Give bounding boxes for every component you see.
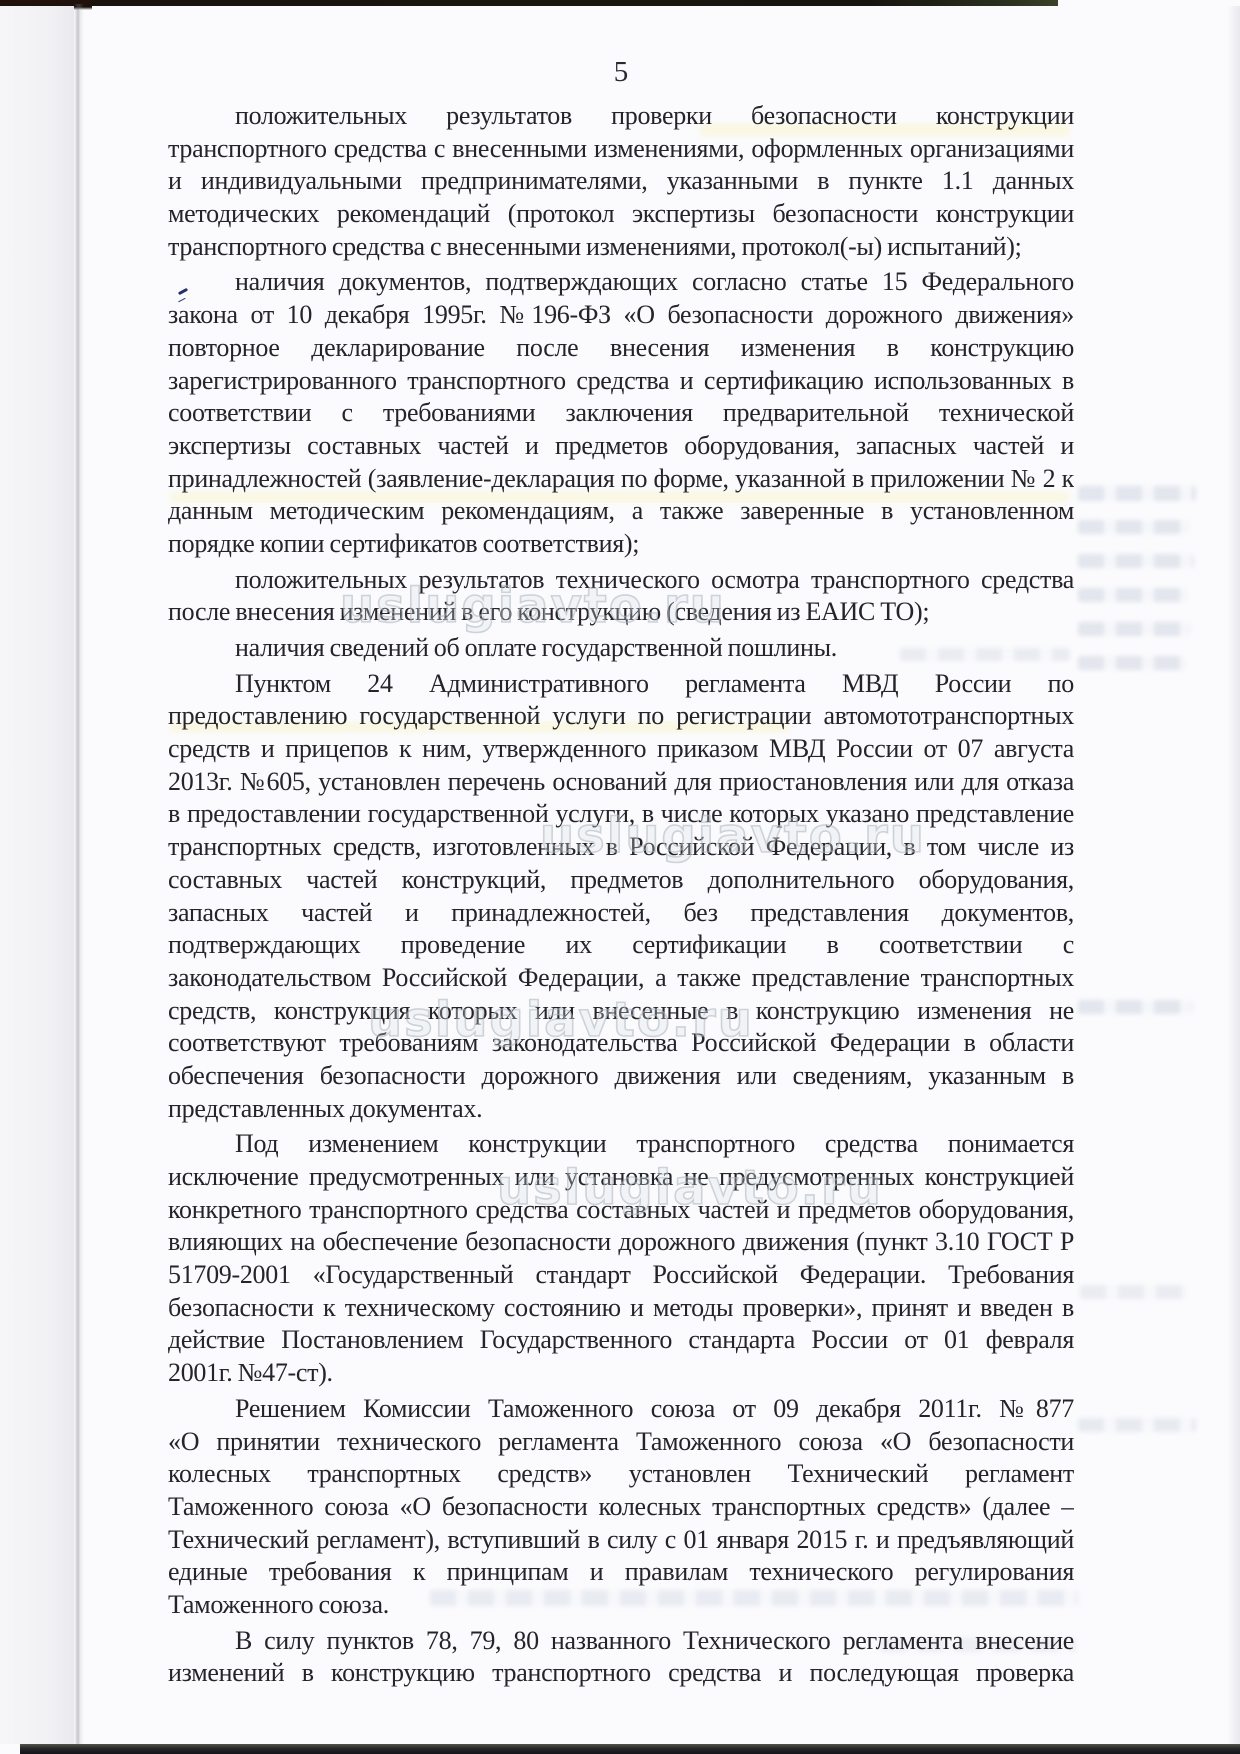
text-line: «О принятии технического регламента Тамо… [168,1426,1074,1459]
text-line: Решением Комиссии Таможенного союза от 0… [168,1393,1074,1426]
paragraph: Под изменением конструкции транспортного… [168,1128,1074,1390]
text-line: Под изменением конструкции транспортного… [168,1128,1074,1161]
text-line: предоставлению государственной услуги по… [168,700,1074,733]
bleed-through-text [1078,486,1196,501]
text-line: экспертизы составных частей и предметов … [168,430,1074,463]
paragraph: положительных результатов технического о… [168,564,1074,629]
text-line: влияющих на обеспечение безопасности дор… [168,1226,1074,1259]
scan-edge-right-shade [1227,6,1240,1744]
text-line: Технический регламент), вступивший в сил… [168,1524,1074,1557]
text-line: запасных частей и принадлежностей, без п… [168,897,1074,930]
bleed-through-text [1078,520,1190,534]
text-line: единые требования к принципам и правилам… [168,1556,1074,1589]
text-line: порядке копии сертификатов соответствия)… [168,528,1074,561]
paragraph: В силу пунктов 78, 79, 80 названного Тех… [168,1625,1074,1690]
bleed-through-text [1078,656,1186,670]
bleed-through-text [1078,1418,1196,1432]
text-line: Пунктом 24 Административного регламента … [168,668,1074,701]
text-line: исключение предусмотренных или установка… [168,1161,1074,1194]
text-line: транспортного средства с внесенными изме… [168,133,1074,166]
bleed-through-text [1078,554,1194,568]
text-line: 51709-2001 «Государственный стандарт Рос… [168,1259,1074,1292]
bleed-through-text [1078,622,1192,636]
text-line: транспортного средства с внесенными изме… [168,231,1074,264]
text-line: 2001г. №47-ст). [168,1357,1074,1390]
text-line: колесных транспортных средств» установле… [168,1458,1074,1491]
bleed-through-text [1078,588,1188,602]
page-left-margin-shade [0,6,74,1744]
paragraph: положительных результатов проверки безоп… [168,100,1074,263]
text-line: безопасности к техническому состоянию и … [168,1292,1074,1325]
paragraph: Пунктом 24 Административного регламента … [168,668,1074,1126]
text-line: принадлежностей (заявление-декларация по… [168,463,1074,496]
paragraph: наличия документов, подтверждающих согла… [168,266,1074,560]
text-line: зарегистрированного транспортного средст… [168,365,1074,398]
document-page: 5 положительных результатов проверки без… [0,0,1240,1754]
text-line: средств, конструкция которых или внесенн… [168,995,1074,1028]
text-line: данным методическим рекомендациям, а так… [168,495,1074,528]
text-line: подтверждающих проведение их сертификаци… [168,929,1074,962]
text-line: законодательством Российской Федерации, … [168,962,1074,995]
scan-edge-bottom [20,1744,1240,1754]
text-line: представленных документах. [168,1093,1074,1126]
page-number: 5 [168,56,1074,89]
text-line: Таможенного союза «О безопасности колесн… [168,1491,1074,1524]
text-line: в предоставлении государственной услуги,… [168,798,1074,831]
text-line: обеспечения безопасности дорожного движе… [168,1060,1074,1093]
text-line: положительных результатов технического о… [168,564,1074,597]
page-fold-shadow [74,4,84,1746]
text-line: наличия документов, подтверждающих согла… [168,266,1074,299]
text-line: действие Постановлением Государственного… [168,1324,1074,1357]
text-line: соответствии с требованиями заключения п… [168,397,1074,430]
text-line: конкретного транспортного средства соста… [168,1194,1074,1227]
text-line: после внесения изменений в его конструкц… [168,596,1074,629]
text-line: Таможенного союза. [168,1589,1074,1622]
paragraph: наличия сведений об оплате государственн… [168,632,1074,665]
bleed-through-text [1080,1285,1188,1299]
text-line: изменений в конструкцию транспортного ср… [168,1657,1074,1690]
scan-edge-top [0,0,1058,6]
bleed-through-text [1078,1000,1193,1014]
text-line: методических рекомендаций (протокол эксп… [168,198,1074,231]
text-line: транспортных средств, изготовленных в Ро… [168,831,1074,864]
text-line: положительных результатов проверки безоп… [168,100,1074,133]
paragraph: Решением Комиссии Таможенного союза от 0… [168,1393,1074,1622]
text-line: соответствуют требованиям законодательст… [168,1027,1074,1060]
text-line: составных частей конструкций, предметов … [168,864,1074,897]
text-line: В силу пунктов 78, 79, 80 названного Тех… [168,1625,1074,1658]
text-line: и индивидуальными предпринимателями, ука… [168,165,1074,198]
text-line: закона от 10 декабря 1995г. №196-ФЗ «О б… [168,299,1074,332]
text-column: положительных результатов проверки безоп… [168,100,1074,1693]
text-line: наличия сведений об оплате государственн… [168,632,1074,665]
text-line: повторное декларирование после внесения … [168,332,1074,365]
text-line: средств и прицепов к ним, утвержденного … [168,733,1074,766]
text-line: 2013г. №605, установлен перечень основан… [168,766,1074,799]
